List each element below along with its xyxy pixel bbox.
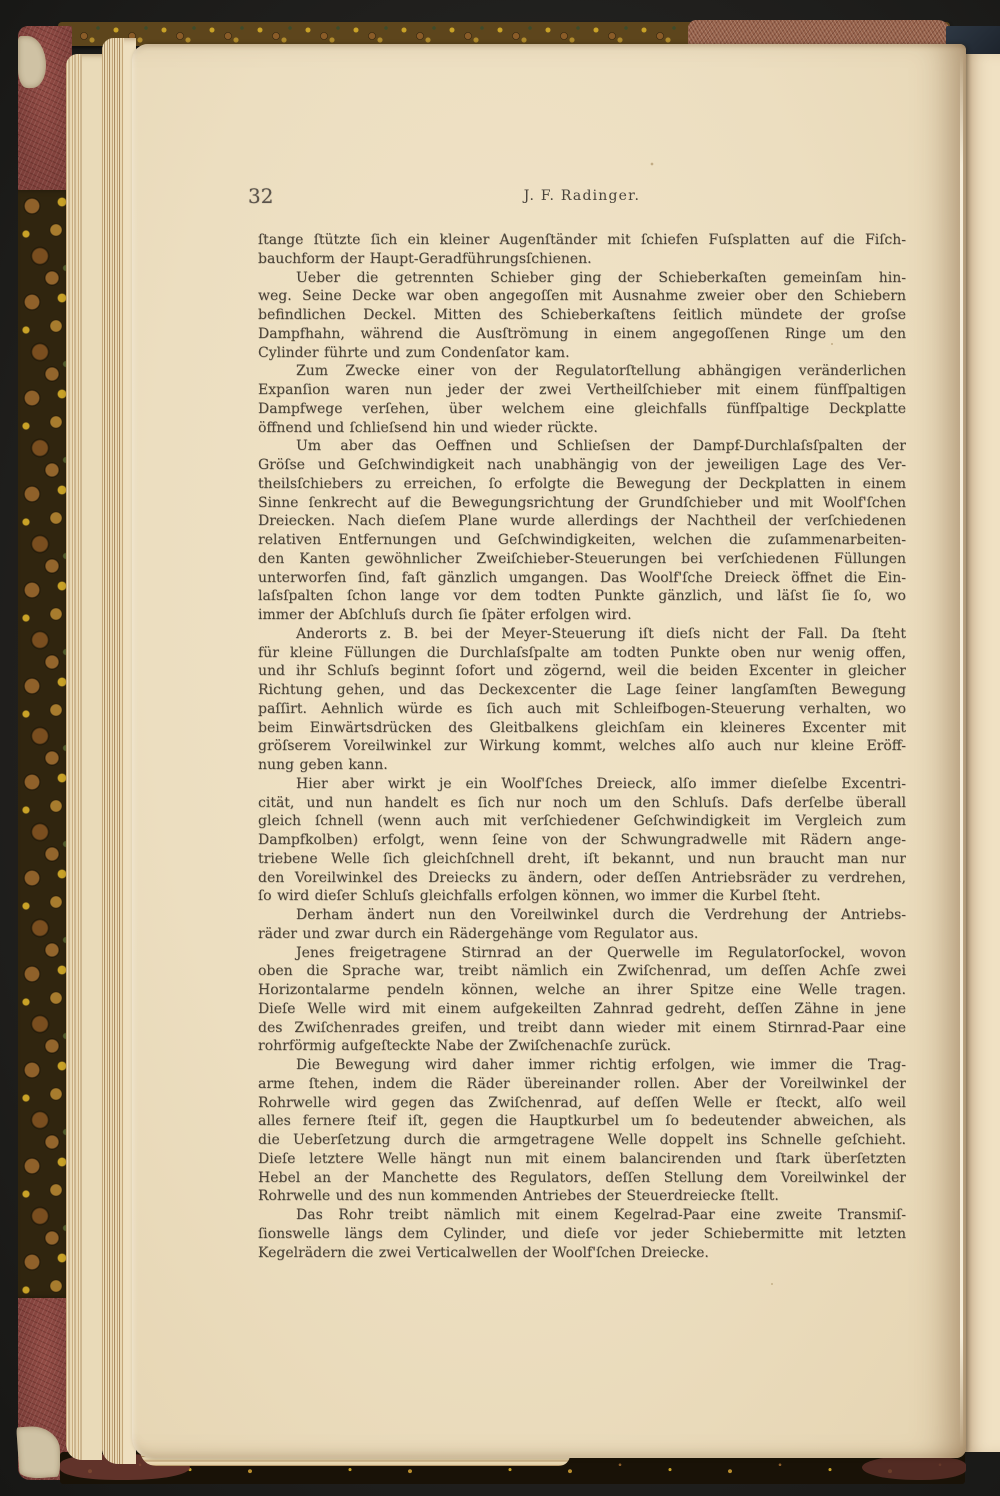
paragraph: Die Bewegung wird daher immer richtig er… [258, 1056, 906, 1206]
text-line: nung geben kann. [258, 756, 906, 775]
text-line: unterworfen ſind, faſt gänzlich umgangen… [258, 569, 906, 588]
text-line: Horizontalarme pendeln können, welche an… [258, 981, 906, 1000]
text-line: Dreiecken. Nach dieſem Plane wurde aller… [258, 512, 906, 531]
text-line: den Voreilwinkel des Dreiecks zu ändern,… [258, 869, 906, 888]
text-line: arme ſtehen, indem die Räder übereinande… [258, 1075, 906, 1094]
text-line: cität, und nun handelt es ſich nur noch … [258, 794, 906, 813]
page-body: ſtange ſtützte ſich ein kleiner Augenſtä… [258, 231, 906, 1262]
text-line: Ueber die getrennten Schieber ging der S… [258, 269, 906, 288]
text-line: relativen Entfernungen und Geſchwindigke… [258, 531, 906, 550]
text-line: theilsſchiebers zu erreichen, ſo erfolgt… [258, 475, 906, 494]
text-line: den Kanten gewöhnlicher Zweiſchieber-Ste… [258, 550, 906, 569]
text-line: Jenes freigetragene Stirnrad an der Quer… [258, 944, 906, 963]
text-line: Dampfkolben) erfolgt, wenn ſeine von der… [258, 831, 906, 850]
text-line: ſtange ſtützte ſich ein kleiner Augenſtä… [258, 231, 906, 250]
text-line: Rohrwelle und des nun kommenden Antriebe… [258, 1187, 906, 1206]
text-line: Hier aber wirkt je ein Woolf'ſches Dreie… [258, 775, 906, 794]
text-line: ſo wird dieſer Schluſs gleichfalls erfol… [258, 887, 906, 906]
text-line: bauchform der Haupt-Geradführungsſchiene… [258, 250, 906, 269]
cover-bottom-leather-right [862, 1456, 966, 1480]
text-line: Anderorts z. B. bei der Meyer-Steuerung … [258, 625, 906, 644]
paragraph: Um aber das Oeffnen und Schlieſsen der D… [258, 437, 906, 625]
text-line: immer der Abſchluſs durch ſie ſpäter erf… [258, 606, 906, 625]
text-line: für kleine Füllungen die Durchlaſsſpalte… [258, 644, 906, 663]
page-edge-stack-inner [102, 38, 136, 1464]
text-line: Kegelrädern die zwei Verticalwellen der … [258, 1244, 906, 1263]
text-line: alles fernere ſteif iſt, gegen die Haupt… [258, 1112, 906, 1131]
text-line: Gröſse und Geſchwindigkeit nach unabhäng… [258, 456, 906, 475]
paragraph: Anderorts z. B. bei der Meyer-Steuerung … [258, 625, 906, 775]
text-line: die Ueberſetzung durch die armgetragene … [258, 1131, 906, 1150]
text-line: Hebel an der Manchette des Regulators, d… [258, 1169, 906, 1188]
text-line: paſſirt. Aehnlich würde es ſich auch mit… [258, 700, 906, 719]
text-line: gleich ſchnell (wenn auch mit verſchiede… [258, 812, 906, 831]
text-line: Dampfhahn, während die Ausſtrömung in ei… [258, 325, 906, 344]
running-head: J. F. Radinger. [258, 188, 906, 204]
text-line: Dampfwege verſehen, über welchem eine gl… [258, 400, 906, 419]
text-line: weg. Seine Decke war oben angegoſſen mit… [258, 287, 906, 306]
paragraph: ſtange ſtützte ſich ein kleiner Augenſtä… [258, 231, 906, 269]
text-line: oben die Sprache war, treibt nämlich ein… [258, 962, 906, 981]
paragraph: Ueber die getrennten Schieber ging der S… [258, 269, 906, 363]
book-page: 32 J. F. Radinger. ſtange ſtützte ſich e… [132, 44, 966, 1458]
page-header: 32 J. F. Radinger. [258, 184, 906, 208]
page-edge-stack-outer [66, 54, 102, 1460]
facing-page-edge [962, 54, 1000, 1452]
text-line: des Zwiſchenrades greifen, und treibt da… [258, 1019, 906, 1038]
text-line: befindlichen Deckel. Mitten des Schieber… [258, 306, 906, 325]
text-line: Derham ändert nun den Voreilwinkel durch… [258, 906, 906, 925]
text-line: gröſserem Voreilwinkel zur Wirkung kommt… [258, 737, 906, 756]
paragraph: Hier aber wirkt je ein Woolf'ſches Dreie… [258, 775, 906, 906]
text-line: Dieſe Welle wird mit einem aufgekeilten … [258, 1000, 906, 1019]
text-line: Um aber das Oeffnen und Schlieſsen der D… [258, 437, 906, 456]
text-line: Cylinder führte und zum Condenſator kam. [258, 344, 906, 363]
text-line: Zum Zwecke einer von der Regulatorſtellu… [258, 362, 906, 381]
text-line: Das Rohr treibt nämlich mit einem Kegelr… [258, 1206, 906, 1225]
text-line: ſionswelle längs dem Cylinder, und dieſe… [258, 1225, 906, 1244]
paragraph: Derham ändert nun den Voreilwinkel durch… [258, 906, 906, 944]
text-line: Sinne ſenkrecht auf die Bewegungsrichtun… [258, 494, 906, 513]
text-line: laſsſpalten ſchon lange vor dem todten P… [258, 587, 906, 606]
spine-marbled-paper [18, 190, 72, 1298]
text-line: beim Einwärtsdrücken des Gleitbalkens gl… [258, 719, 906, 738]
paragraph: Zum Zwecke einer von der Regulatorſtellu… [258, 362, 906, 437]
text-line: Richtung gehen, und das Deckexcenter die… [258, 681, 906, 700]
text-line: rohrförmig aufgeſteckte Nabe der Zwiſche… [258, 1037, 906, 1056]
text-line: Rohrwelle wird gegen das Zwiſchenrad, au… [258, 1094, 906, 1113]
paragraph: Jenes freigetragene Stirnrad an der Quer… [258, 944, 906, 1057]
text-line: triebene Welle ſich gleichſchnell dreht,… [258, 850, 906, 869]
text-line: und ihr Schluſs beginnt ſofort und zöger… [258, 662, 906, 681]
text-line: öffnend und ſchlieſsend hin und wieder r… [258, 419, 906, 438]
page-content: 32 J. F. Radinger. ſtange ſtützte ſich e… [258, 44, 906, 1262]
paragraph: Das Rohr treibt nämlich mit einem Kegelr… [258, 1206, 906, 1262]
text-line: räder und zwar durch ein Rädergehänge vo… [258, 925, 906, 944]
text-line: Expanſion waren nun jeder der zwei Verth… [258, 381, 906, 400]
text-line: Dieſe letztere Welle hängt nun mit einem… [258, 1150, 906, 1169]
book-scan: 32 J. F. Radinger. ſtange ſtützte ſich e… [0, 0, 1000, 1496]
text-line: Die Bewegung wird daher immer richtig er… [258, 1056, 906, 1075]
